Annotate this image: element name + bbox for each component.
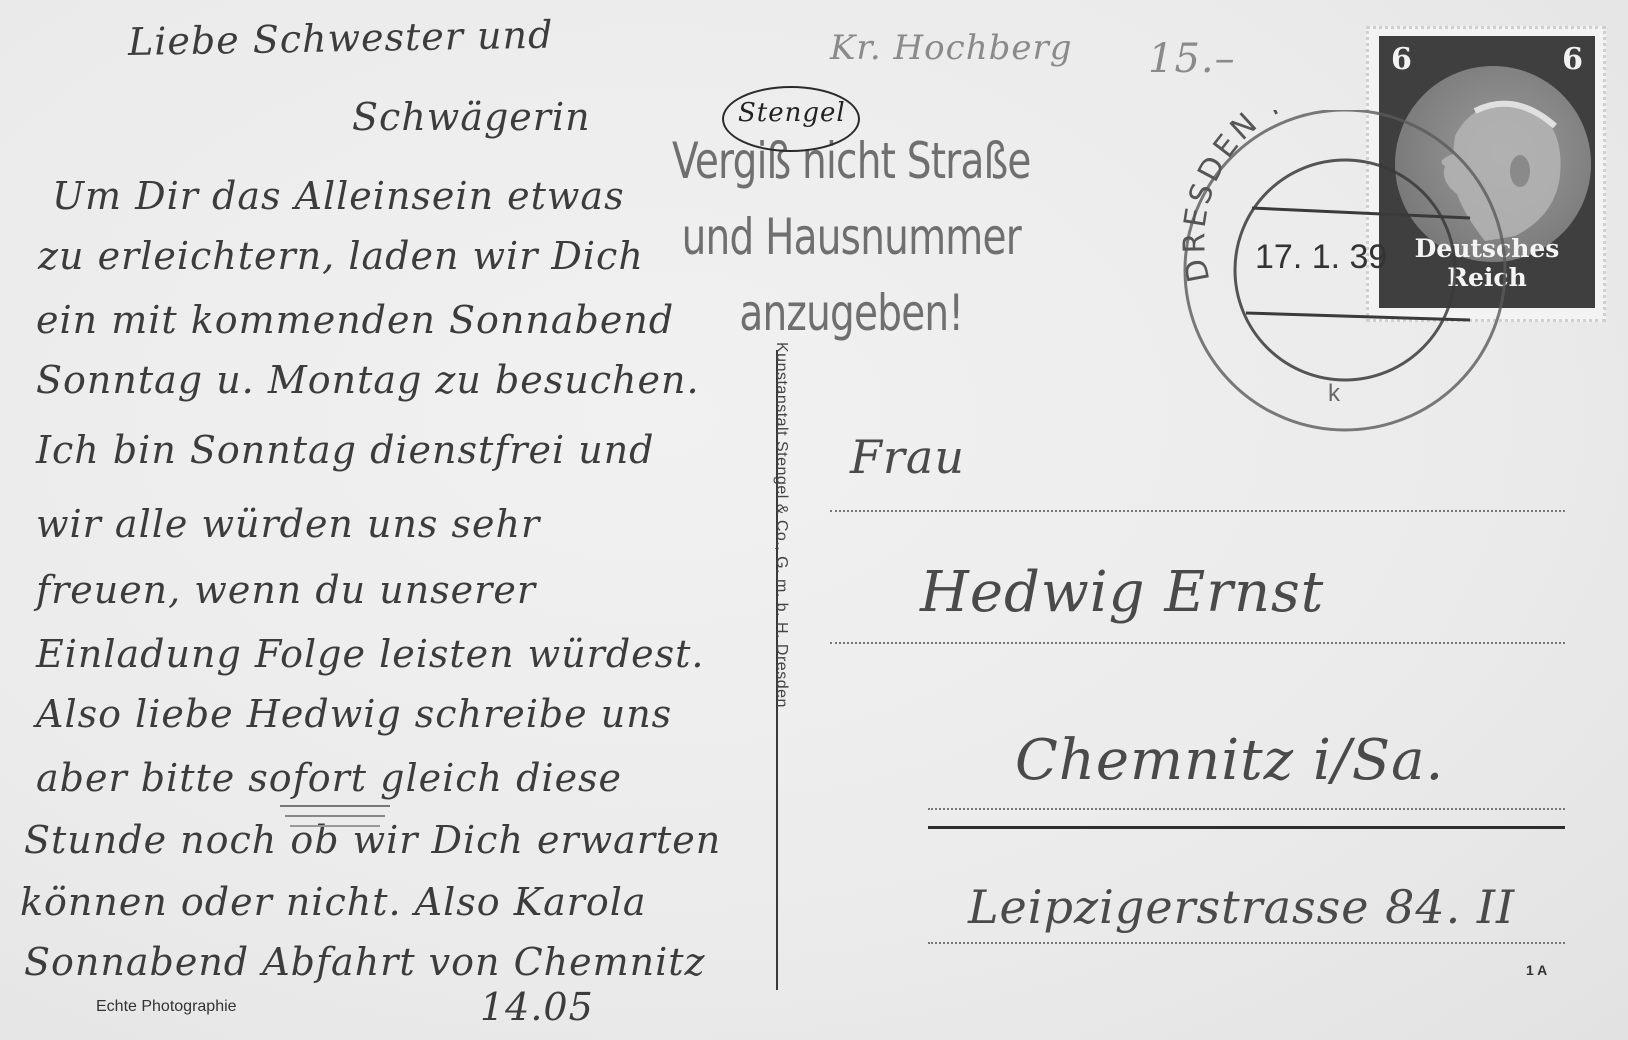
message-line: Um Dir das Alleinsein etwas <box>52 174 625 218</box>
message-line: freuen, wenn du unserer <box>36 568 536 612</box>
underline-mark <box>285 815 385 817</box>
underline-mark <box>290 825 380 827</box>
address-line-1 <box>830 510 1565 512</box>
message-line: Sonnabend Abfahrt von Chemnitz <box>24 940 706 984</box>
pencil-note: Kr. Hochberg <box>830 28 1073 68</box>
slogan-line-3: anzugeben! <box>668 284 1035 342</box>
message-line: können oder nicht. Also Karola <box>20 880 647 924</box>
stengel-logo-text: Stengel <box>738 98 846 128</box>
printer-mark: 1 A <box>1526 962 1547 978</box>
message-line: 14.05 <box>480 985 594 1029</box>
address-city: Chemnitz i/Sa. <box>1015 728 1444 793</box>
pencil-price: 15.– <box>1148 36 1236 82</box>
address-line-2 <box>830 642 1565 644</box>
address-street: Leipzigerstrasse 84. II <box>968 880 1515 934</box>
publisher-imprint: Kunstanstalt Stengel & Co., G. m. b. H. … <box>772 342 790 708</box>
stamp-value-right: 6 <box>1562 42 1583 77</box>
address-salutation: Frau <box>850 430 965 484</box>
slogan-line-1: Vergiß nicht Straße <box>668 132 1035 190</box>
postcard-back: Liebe Schwester und Schwägerin Um Dir da… <box>0 0 1628 1040</box>
message-line: Ich bin Sonntag dienstfrei und <box>36 428 655 472</box>
greeting-line-2: Schwägerin <box>352 95 591 139</box>
slogan-line-2: und Hausnummer <box>668 208 1035 266</box>
underline-mark <box>280 805 390 807</box>
message-line: aber bitte sofort gleich diese <box>36 756 622 800</box>
stamp-value-left: 6 <box>1391 42 1412 77</box>
address-name: Hedwig Ernst <box>920 560 1324 625</box>
message-line: ein mit kommenden Sonnabend <box>36 298 674 342</box>
message-line: Also liebe Hedwig schreibe uns <box>36 692 672 736</box>
photo-label: Echte Photographie <box>96 998 237 1016</box>
address-line-3 <box>928 808 1565 810</box>
postmark-code: k <box>1328 380 1340 408</box>
message-line: Einladung Folge leisten würdest. <box>36 632 705 676</box>
message-line: zu erleichtern, laden wir Dich <box>38 234 644 278</box>
address-line-4 <box>928 942 1565 944</box>
address-city-underline <box>928 826 1565 829</box>
postmark-date: 17. 1. 39 <box>1255 238 1387 277</box>
message-line: wir alle würden uns sehr <box>36 502 540 546</box>
message-line: Sonntag u. Montag zu besuchen. <box>36 358 700 402</box>
greeting-line-1: Liebe Schwester und <box>128 13 554 64</box>
postmark: DRESDEN N 2 17. 1. 39 k <box>1170 110 1510 440</box>
